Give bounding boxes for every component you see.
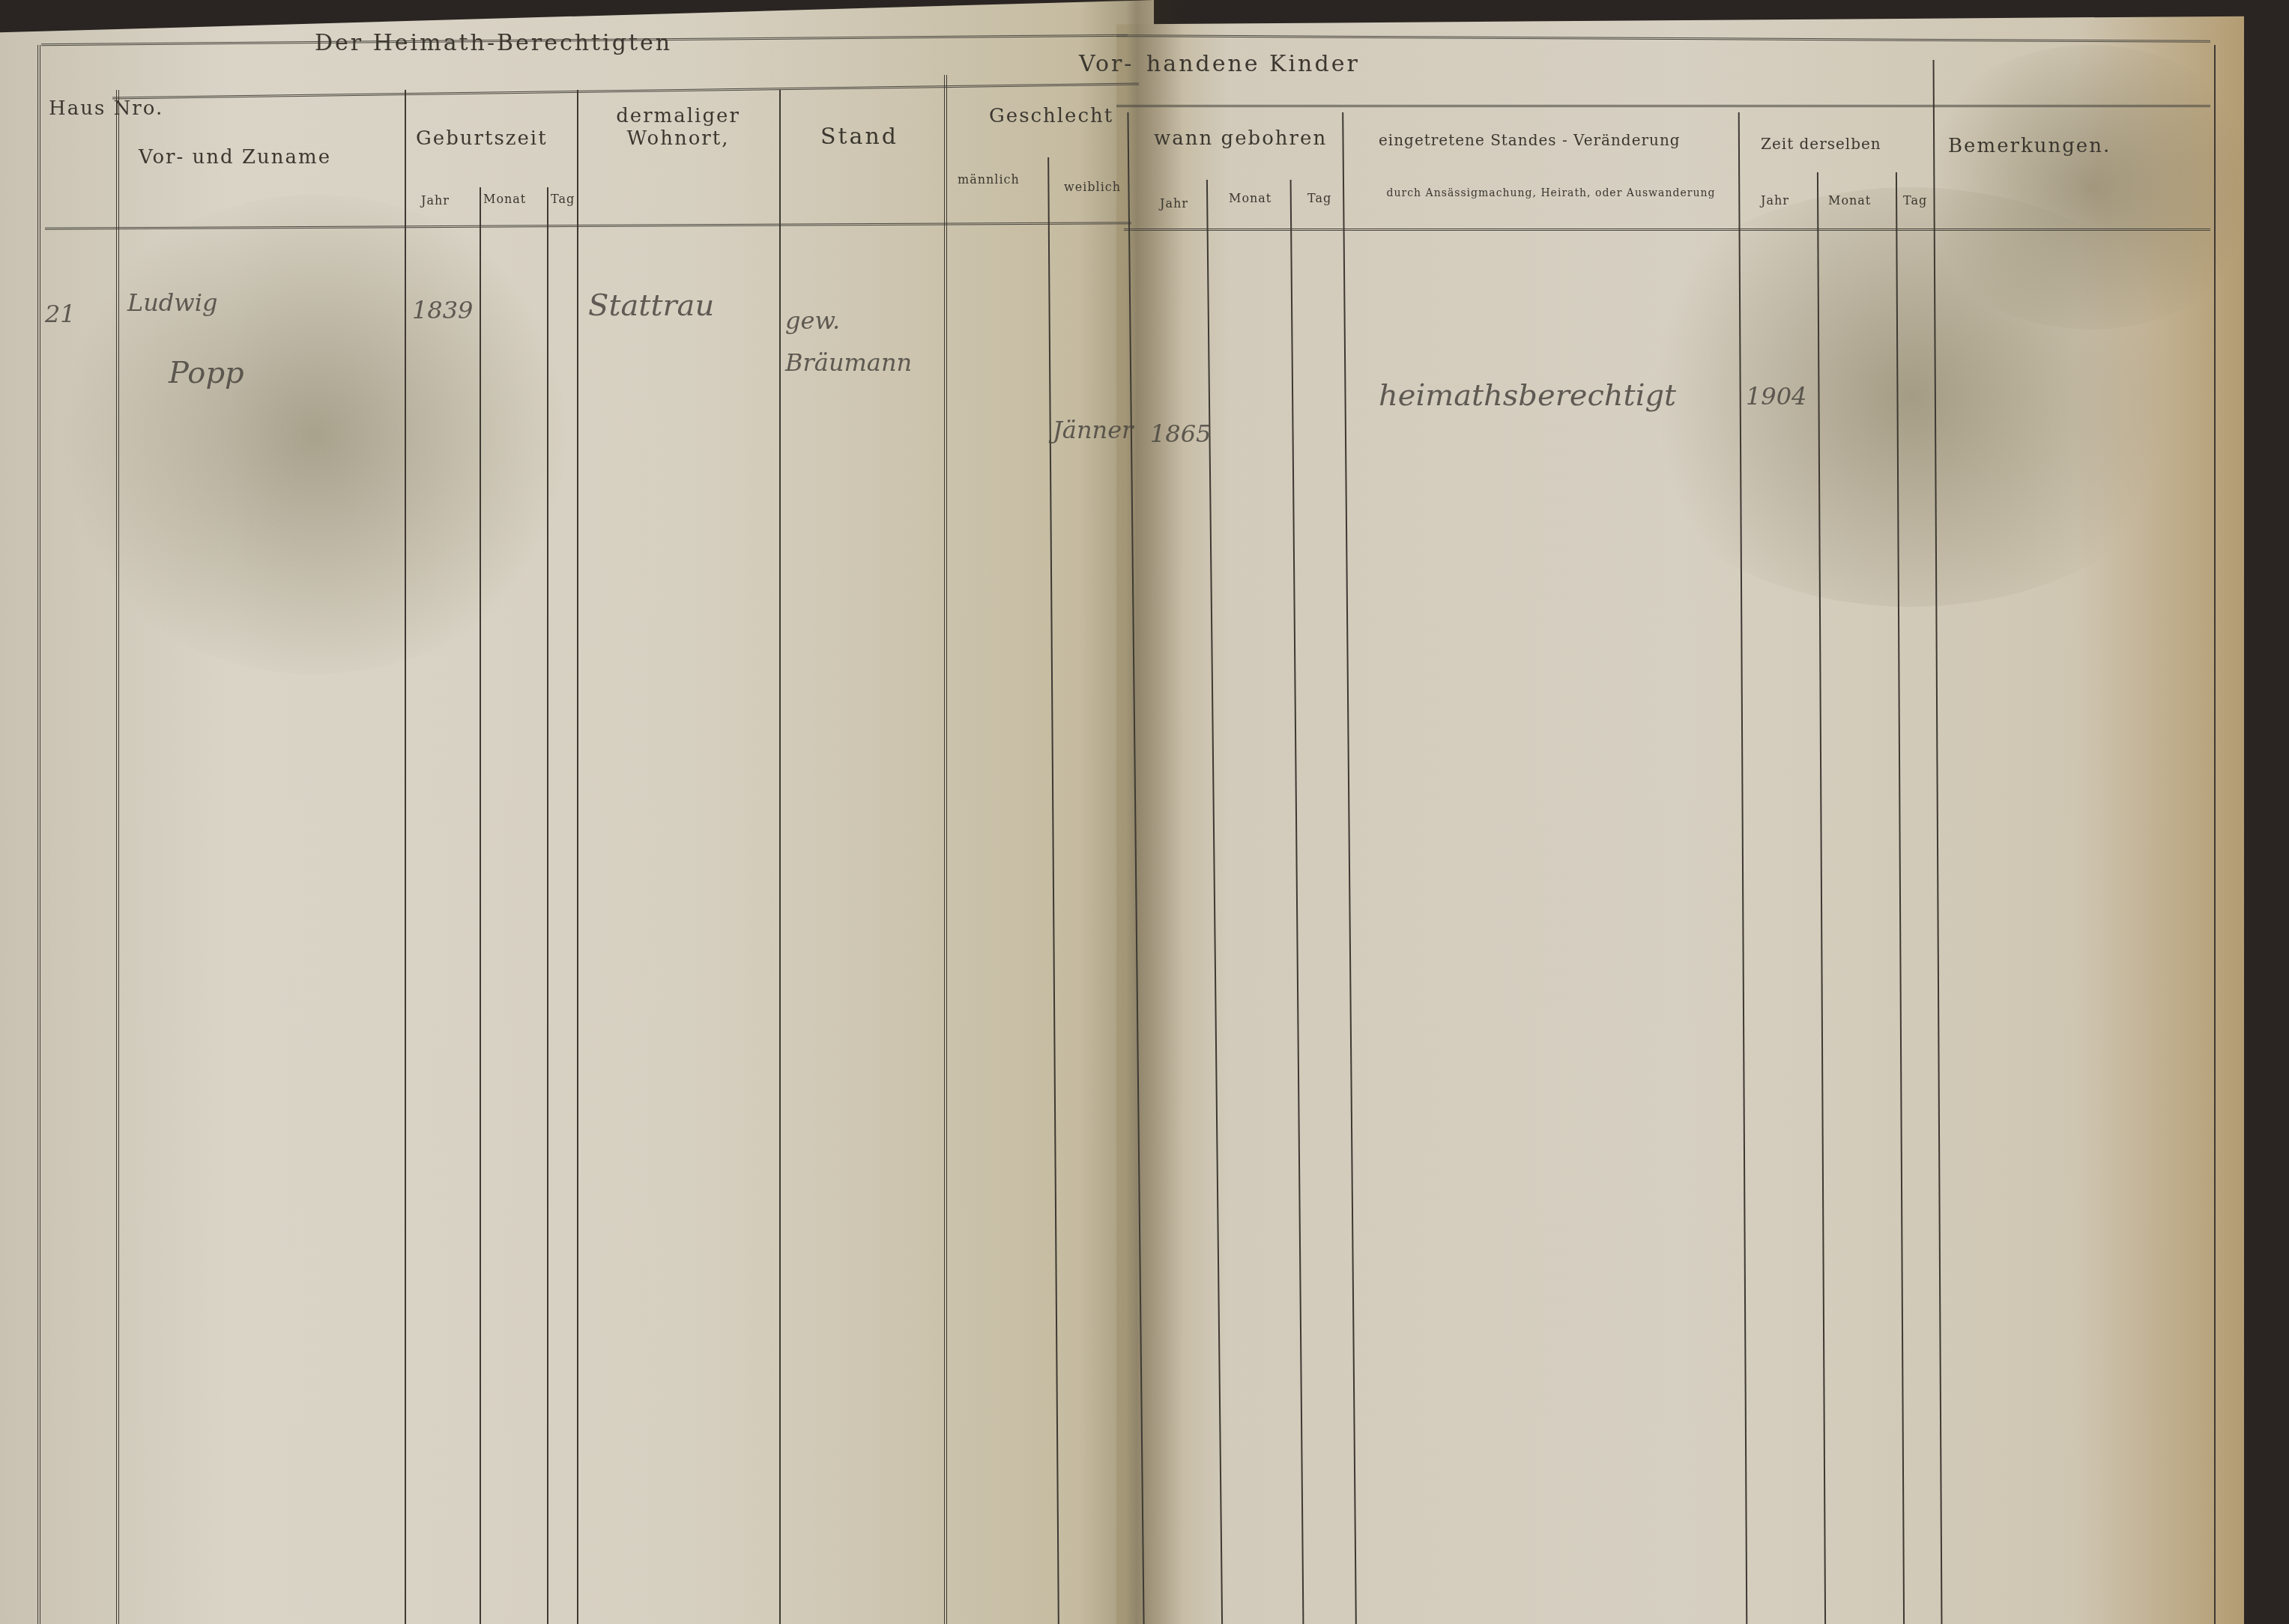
column-divider [779,90,781,1624]
column-divider [480,187,481,1624]
header-haus-nro: Haus Nro. [49,97,163,120]
column-divider [944,75,947,1624]
header-geburt-jahr: Jahr [421,193,450,207]
header-kind-jahr: Jahr [1160,196,1188,210]
entry-wohnort: Stattrau [588,288,714,323]
entry-zuname: Popp [169,356,244,390]
title-vorhandene-kinder: handene Kinder [1146,51,1360,77]
column-divider [405,90,406,1624]
entry-veraenderung-jahr: 1904 [1746,382,1806,410]
rule-title-right [1116,105,2210,107]
rule-header-bottom-right [1124,228,2210,231]
header-veraenderung-sub: durch Ansässigmachung, Heirath, oder Aus… [1386,187,1716,199]
open-ledger-book: Der Heimath-Berechtigten Haus Nro. Vor- … [0,0,2289,1624]
title-heimath-berechtigten: Der Heimath-Berechtigten [315,30,672,56]
entry-kind-geboren-jahr: 1865 [1150,419,1211,448]
header-zeit-monat: Monat [1828,193,1871,207]
entry-geburt-jahr: 1839 [412,296,473,324]
book-gutter [1079,0,1184,1624]
header-geburt-tag: Tag [551,192,575,206]
column-divider [37,45,40,1624]
water-stain [45,195,584,674]
entry-geschlecht-weiblich: Jänner [1053,416,1133,444]
column-divider [547,187,548,1624]
header-geburtszeit: Geburtszeit [416,127,548,150]
header-kind-tag: Tag [1307,191,1331,205]
header-standes-veraenderung: eingetretene Standes - Veränderung [1379,131,1681,149]
header-kind-monat: Monat [1229,191,1272,205]
water-stain [1911,45,2270,330]
header-wohnort: dermaliger Wohnort, [592,105,764,150]
header-zeit-derselben: Zeit derselben [1761,135,1881,153]
header-weiblich: weiblich [1064,180,1121,194]
column-divider [2214,45,2216,1624]
header-bemerkungen: Bemerkungen. [1948,135,2111,157]
header-zeit-tag: Tag [1903,193,1927,207]
header-geschlecht: Geschlecht [989,105,1113,127]
header-zeit-jahr: Jahr [1761,193,1789,207]
header-wann-gebohren: wann gebohren [1154,127,1327,150]
header-stand: Stand [820,124,898,150]
entry-veraenderung: heimathsberechtigt [1379,378,1676,413]
column-divider [116,90,119,1624]
header-name: Vor- und Zuname [139,146,331,169]
header-geburt-monat: Monat [483,192,526,206]
entry-vorname: Ludwig [127,288,217,317]
header-maennlich: männlich [958,172,1020,187]
column-divider [577,90,578,1624]
entry-stand: gew. Bräumann [785,300,928,384]
title-prefix-vor: Vor- [1079,51,1134,77]
entry-haus-nro: 21 [45,300,76,328]
